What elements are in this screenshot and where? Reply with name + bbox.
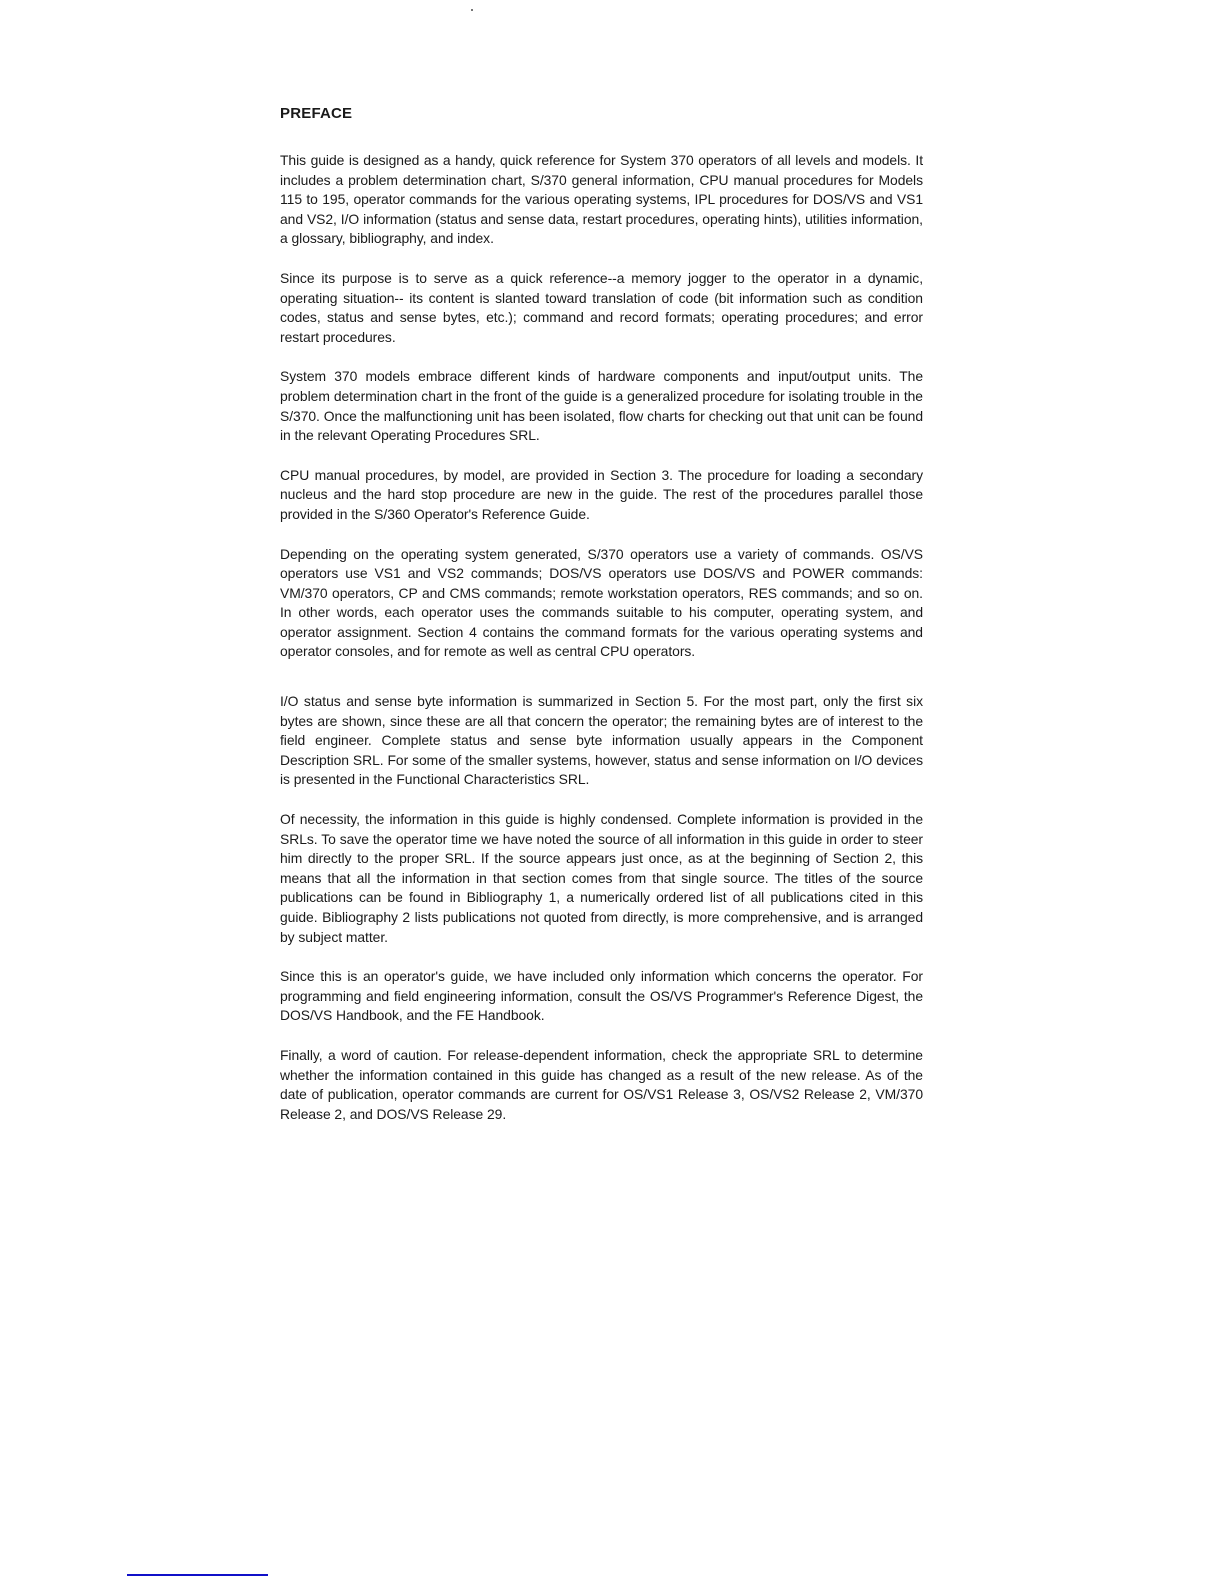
- scan-speck: [471, 9, 473, 11]
- page-title: PREFACE: [280, 104, 923, 124]
- paragraph-io-status: I/O status and sense byte information is…: [280, 692, 923, 790]
- paragraph-intro: This guide is designed as a handy, quick…: [280, 151, 923, 249]
- paragraph-caution: Finally, a word of caution. For release-…: [280, 1046, 923, 1124]
- paragraph-purpose: Since its purpose is to serve as a quick…: [280, 269, 923, 347]
- footer-rule: [127, 1574, 268, 1576]
- paragraph-sources: Of necessity, the information in this gu…: [280, 810, 923, 947]
- paragraph-commands: Depending on the operating system genera…: [280, 545, 923, 663]
- paragraph-scope: Since this is an operator's guide, we ha…: [280, 967, 923, 1026]
- document-page: PREFACE This guide is designed as a hand…: [280, 104, 923, 1144]
- paragraph-models: System 370 models embrace different kind…: [280, 367, 923, 445]
- paragraph-cpu-procedures: CPU manual procedures, by model, are pro…: [280, 466, 923, 525]
